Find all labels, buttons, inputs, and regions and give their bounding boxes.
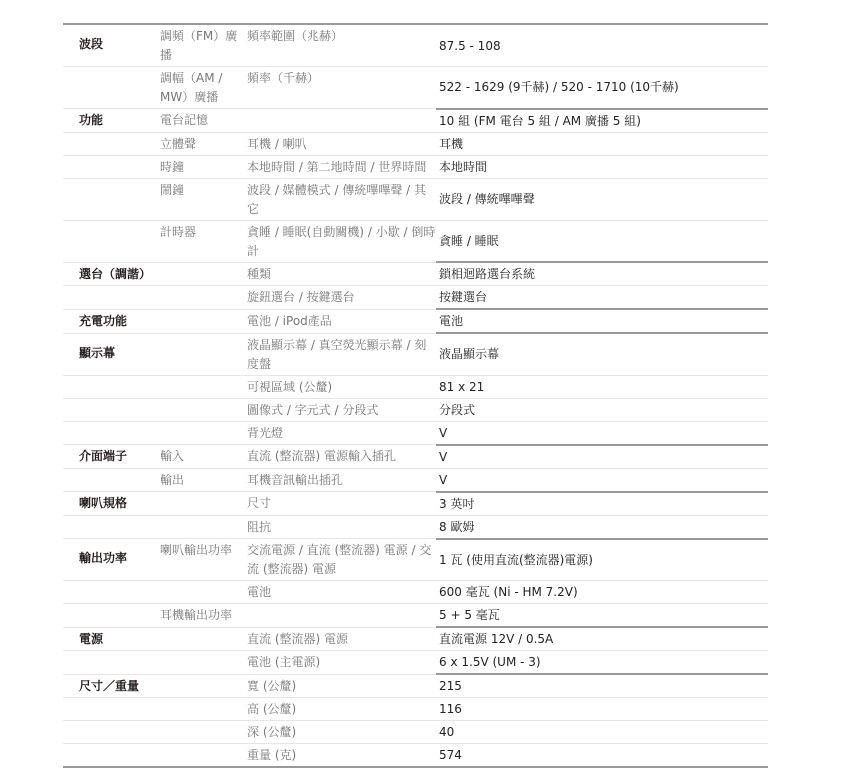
section-label xyxy=(63,651,160,675)
item-label-text: 電池 (主電源) xyxy=(247,655,320,669)
group-label xyxy=(160,721,247,744)
item-label: 圖像式 / 字元式 / 分段式 xyxy=(247,398,436,421)
section-label xyxy=(63,67,160,109)
spec-value: 本地時間 xyxy=(436,155,768,178)
group-label xyxy=(160,286,247,310)
spec-value: 215 xyxy=(436,674,768,698)
section-label: 波段 xyxy=(63,24,160,67)
spec-value: 574 xyxy=(436,744,768,768)
spec-value-text: 574 xyxy=(439,748,462,762)
item-label: 尺寸 xyxy=(247,492,436,516)
group-label: 輸入 xyxy=(160,445,247,469)
spec-value: 按鍵選台 xyxy=(436,286,768,310)
item-label-text: 頻率範圍（兆赫） xyxy=(247,29,343,43)
item-label-text: 重量 (克) xyxy=(247,748,296,762)
group-label xyxy=(160,333,247,375)
group-label: 喇叭輸出功率 xyxy=(160,539,247,581)
spec-table-body: 波段調頻（FM）廣播頻率範圍（兆赫）87.5 - 108調幅（AM / MW）廣… xyxy=(63,24,768,767)
table-row: 可視區域 (公釐)81 x 21 xyxy=(63,375,768,398)
spec-value-text: 按鍵選台 xyxy=(439,290,487,304)
section-label xyxy=(63,721,160,744)
spec-value: V xyxy=(436,468,768,492)
item-label-text: 可視區域 (公釐) xyxy=(247,380,332,394)
item-label: 頻率（千赫） xyxy=(247,67,436,109)
spec-value-text: 波段 / 傳統嗶嗶聲 xyxy=(439,192,535,206)
table-row: 電池600 毫瓦 (Ni - HM 7.2V) xyxy=(63,581,768,604)
section-label-text: 選台（調諧） xyxy=(79,265,151,284)
item-label: 直流 (整流器) 電源輸入插孔 xyxy=(247,445,436,469)
section-label xyxy=(63,286,160,310)
section-label: 介面端子 xyxy=(63,445,160,469)
spec-table: 波段調頻（FM）廣播頻率範圍（兆赫）87.5 - 108調幅（AM / MW）廣… xyxy=(63,23,768,768)
item-label: 耳機音訊輸出插孔 xyxy=(247,468,436,492)
spec-value-text: V xyxy=(439,450,447,464)
spec-value: 87.5 - 108 xyxy=(436,24,768,67)
spec-value: 鎖相迴路選台系統 xyxy=(436,262,768,286)
spec-value-text: 3 英吋 xyxy=(439,497,474,511)
table-row: 調幅（AM / MW）廣播頻率（千赫）522 - 1629 (9千赫) / 52… xyxy=(63,67,768,109)
item-label-text: 貪睡 / 睡眠(自動關機) / 小歇 / 倒時計 xyxy=(247,225,435,258)
item-label-text: 耳機音訊輸出插孔 xyxy=(247,473,343,487)
table-row: 背光燈V xyxy=(63,421,768,445)
group-label-text: 立體聲 xyxy=(160,137,196,151)
group-label: 立體聲 xyxy=(160,132,247,155)
item-label: 寬 (公釐) xyxy=(247,674,436,698)
table-row: 輸出耳機音訊輸出插孔V xyxy=(63,468,768,492)
section-label xyxy=(63,581,160,604)
spec-value-text: V xyxy=(439,473,447,487)
item-label-text: 寬 (公釐) xyxy=(247,679,296,693)
spec-value: 液晶顯示幕 xyxy=(436,333,768,375)
item-label-text: 尺寸 xyxy=(247,496,271,510)
spec-value: 600 毫瓦 (Ni - HM 7.2V) xyxy=(436,581,768,604)
spec-value: V xyxy=(436,445,768,469)
spec-value-text: 6 x 1.5V (UM - 3) xyxy=(439,655,541,669)
spec-value: 貪睡 / 睡眠 xyxy=(436,220,768,262)
section-label xyxy=(63,155,160,178)
table-row: 波段調頻（FM）廣播頻率範圍（兆赫）87.5 - 108 xyxy=(63,24,768,67)
item-label: 交流電源 / 直流 (整流器) 電源 / 交流 (整流器) 電源 xyxy=(247,539,436,581)
group-label xyxy=(160,651,247,675)
table-row: 鬧鐘波段 / 媒體模式 / 傳統嗶嗶聲 / 其它波段 / 傳統嗶嗶聲 xyxy=(63,178,768,220)
section-label: 功能 xyxy=(63,109,160,133)
table-row: 耳機輸出功率5 + 5 毫瓦 xyxy=(63,604,768,628)
spec-value: 耳機 xyxy=(436,132,768,155)
group-label: 輸出 xyxy=(160,468,247,492)
group-label xyxy=(160,421,247,445)
spec-value: 522 - 1629 (9千赫) / 520 - 1710 (10千赫) xyxy=(436,67,768,109)
spec-value: 8 歐姆 xyxy=(436,515,768,539)
table-row: 電池 (主電源)6 x 1.5V (UM - 3) xyxy=(63,651,768,675)
spec-value: 10 組 (FM 電台 5 組 / AM 廣播 5 組) xyxy=(436,109,768,133)
spec-value: 6 x 1.5V (UM - 3) xyxy=(436,651,768,675)
group-label-text: 電台記憶 xyxy=(160,113,208,127)
group-label xyxy=(160,698,247,721)
spec-value-text: 直流電源 12V / 0.5A xyxy=(439,632,553,646)
item-label-text: 種類 xyxy=(247,267,271,281)
group-label xyxy=(160,674,247,698)
item-label xyxy=(247,109,436,133)
item-label: 電池 / iPod產品 xyxy=(247,309,436,333)
table-row: 充電功能電池 / iPod產品電池 xyxy=(63,309,768,333)
section-label: 選台（調諧） xyxy=(63,262,160,286)
spec-value-text: 本地時間 xyxy=(439,160,487,174)
group-label xyxy=(160,627,247,651)
item-label: 頻率範圍（兆赫） xyxy=(247,24,436,67)
item-label-text: 頻率（千赫） xyxy=(247,71,319,85)
spec-value: 直流電源 12V / 0.5A xyxy=(436,627,768,651)
table-row: 阻抗8 歐姆 xyxy=(63,515,768,539)
item-label: 電池 xyxy=(247,581,436,604)
group-label-text: 鬧鐘 xyxy=(160,183,184,197)
spec-value: 116 xyxy=(436,698,768,721)
group-label: 時鐘 xyxy=(160,155,247,178)
spec-value: 分段式 xyxy=(436,398,768,421)
spec-value-text: 215 xyxy=(439,679,462,693)
section-label xyxy=(63,515,160,539)
item-label-text: 交流電源 / 直流 (整流器) 電源 / 交流 (整流器) 電源 xyxy=(247,543,431,576)
section-label: 輸出功率 xyxy=(63,539,160,581)
spec-value-text: V xyxy=(439,426,447,440)
group-label: 計時器 xyxy=(160,220,247,262)
section-label: 充電功能 xyxy=(63,309,160,333)
spec-value-text: 鎖相迴路選台系統 xyxy=(439,267,535,281)
table-row: 功能電台記憶10 組 (FM 電台 5 組 / AM 廣播 5 組) xyxy=(63,109,768,133)
section-label-text: 喇叭規格 xyxy=(79,494,127,513)
spec-value-text: 40 xyxy=(439,725,454,739)
section-label xyxy=(63,698,160,721)
section-label xyxy=(63,178,160,220)
spec-value-text: 電池 xyxy=(439,314,463,328)
table-row: 深 (公釐)40 xyxy=(63,721,768,744)
spec-value-text: 10 組 (FM 電台 5 組 / AM 廣播 5 組) xyxy=(439,114,641,128)
spec-value-text: 1 瓦 (使用直流(整流器)電源) xyxy=(439,553,593,567)
spec-value-text: 貪睡 / 睡眠 xyxy=(439,234,499,248)
item-label: 重量 (克) xyxy=(247,744,436,768)
item-label-text: 深 (公釐) xyxy=(247,725,296,739)
group-label-text: 輸入 xyxy=(160,449,184,463)
item-label-text: 耳機 / 喇叭 xyxy=(247,137,307,151)
group-label-text: 時鐘 xyxy=(160,160,184,174)
section-label: 尺寸／重量 xyxy=(63,674,160,698)
group-label xyxy=(160,309,247,333)
section-label-text: 輸出功率 xyxy=(79,549,127,568)
group-label-text: 輸出 xyxy=(160,473,184,487)
group-label xyxy=(160,515,247,539)
spec-value: 3 英吋 xyxy=(436,492,768,516)
item-label: 貪睡 / 睡眠(自動關機) / 小歇 / 倒時計 xyxy=(247,220,436,262)
section-label-text: 充電功能 xyxy=(79,312,127,331)
item-label-text: 液晶顯示幕 / 真空熒光顯示幕 / 刻度盤 xyxy=(247,338,426,371)
section-label xyxy=(63,398,160,421)
spec-value: 40 xyxy=(436,721,768,744)
section-label: 電源 xyxy=(63,627,160,651)
item-label-text: 直流 (整流器) 電源 xyxy=(247,632,348,646)
spec-value: V xyxy=(436,421,768,445)
group-label: 鬧鐘 xyxy=(160,178,247,220)
item-label-text: 本地時間 / 第二地時間 / 世界時間 xyxy=(247,160,426,174)
item-label-text: 背光燈 xyxy=(247,426,283,440)
group-label xyxy=(160,398,247,421)
section-label-text: 顯示幕 xyxy=(79,344,115,363)
section-label xyxy=(63,132,160,155)
table-row: 圖像式 / 字元式 / 分段式分段式 xyxy=(63,398,768,421)
item-label: 液晶顯示幕 / 真空熒光顯示幕 / 刻度盤 xyxy=(247,333,436,375)
spec-value: 1 瓦 (使用直流(整流器)電源) xyxy=(436,539,768,581)
item-label: 可視區域 (公釐) xyxy=(247,375,436,398)
section-label xyxy=(63,375,160,398)
table-row: 立體聲耳機 / 喇叭耳機 xyxy=(63,132,768,155)
spec-value-text: 522 - 1629 (9千赫) / 520 - 1710 (10千赫) xyxy=(439,80,679,94)
table-row: 尺寸／重量寬 (公釐)215 xyxy=(63,674,768,698)
section-label-text: 波段 xyxy=(79,35,103,54)
item-label: 阻抗 xyxy=(247,515,436,539)
group-label xyxy=(160,492,247,516)
item-label: 本地時間 / 第二地時間 / 世界時間 xyxy=(247,155,436,178)
spec-value: 81 x 21 xyxy=(436,375,768,398)
group-label-text: 計時器 xyxy=(160,225,196,239)
spec-value-text: 耳機 xyxy=(439,137,463,151)
item-label-text: 旋鈕選台 / 按鍵選台 xyxy=(247,290,355,304)
section-label-text: 介面端子 xyxy=(79,447,127,466)
section-label-text: 電源 xyxy=(79,630,103,649)
section-label xyxy=(63,604,160,628)
spec-value-text: 液晶顯示幕 xyxy=(439,347,499,361)
group-label xyxy=(160,262,247,286)
spec-value-text: 5 + 5 毫瓦 xyxy=(439,608,500,622)
item-label-text: 阻抗 xyxy=(247,520,271,534)
spec-value-text: 600 毫瓦 (Ni - HM 7.2V) xyxy=(439,585,578,599)
group-label: 電台記憶 xyxy=(160,109,247,133)
group-label xyxy=(160,581,247,604)
item-label: 深 (公釐) xyxy=(247,721,436,744)
item-label: 電池 (主電源) xyxy=(247,651,436,675)
table-row: 顯示幕液晶顯示幕 / 真空熒光顯示幕 / 刻度盤液晶顯示幕 xyxy=(63,333,768,375)
spec-value-text: 8 歐姆 xyxy=(439,520,474,534)
group-label-text: 喇叭輸出功率 xyxy=(160,543,232,557)
section-label: 顯示幕 xyxy=(63,333,160,375)
group-label: 調頻（FM）廣播 xyxy=(160,24,247,67)
spec-value-text: 分段式 xyxy=(439,403,475,417)
table-row: 高 (公釐)116 xyxy=(63,698,768,721)
table-row: 喇叭規格尺寸3 英吋 xyxy=(63,492,768,516)
group-label-text: 耳機輸出功率 xyxy=(160,608,232,622)
table-row: 電源直流 (整流器) 電源直流電源 12V / 0.5A xyxy=(63,627,768,651)
table-row: 時鐘本地時間 / 第二地時間 / 世界時間本地時間 xyxy=(63,155,768,178)
item-label: 直流 (整流器) 電源 xyxy=(247,627,436,651)
item-label: 背光燈 xyxy=(247,421,436,445)
spec-value-text: 87.5 - 108 xyxy=(439,39,501,53)
item-label: 耳機 / 喇叭 xyxy=(247,132,436,155)
table-row: 計時器貪睡 / 睡眠(自動關機) / 小歇 / 倒時計貪睡 / 睡眠 xyxy=(63,220,768,262)
item-label: 波段 / 媒體模式 / 傳統嗶嗶聲 / 其它 xyxy=(247,178,436,220)
section-label-text: 功能 xyxy=(79,111,103,130)
item-label xyxy=(247,604,436,628)
item-label-text: 電池 xyxy=(247,585,271,599)
group-label: 調幅（AM / MW）廣播 xyxy=(160,67,247,109)
section-label xyxy=(63,468,160,492)
table-row: 重量 (克)574 xyxy=(63,744,768,768)
group-label-text: 調頻（FM）廣播 xyxy=(160,29,237,62)
item-label-text: 圖像式 / 字元式 / 分段式 xyxy=(247,403,378,417)
spec-value-text: 81 x 21 xyxy=(439,380,484,394)
spec-value: 波段 / 傳統嗶嗶聲 xyxy=(436,178,768,220)
table-row: 介面端子輸入直流 (整流器) 電源輸入插孔V xyxy=(63,445,768,469)
table-row: 輸出功率喇叭輸出功率交流電源 / 直流 (整流器) 電源 / 交流 (整流器) … xyxy=(63,539,768,581)
spec-value: 5 + 5 毫瓦 xyxy=(436,604,768,628)
item-label-text: 電池 / iPod產品 xyxy=(247,314,332,328)
group-label xyxy=(160,375,247,398)
item-label-text: 直流 (整流器) 電源輸入插孔 xyxy=(247,449,396,463)
group-label: 耳機輸出功率 xyxy=(160,604,247,628)
item-label: 種類 xyxy=(247,262,436,286)
item-label: 高 (公釐) xyxy=(247,698,436,721)
item-label-text: 高 (公釐) xyxy=(247,702,296,716)
item-label: 旋鈕選台 / 按鍵選台 xyxy=(247,286,436,310)
spec-value-text: 116 xyxy=(439,702,462,716)
section-label xyxy=(63,744,160,768)
section-label xyxy=(63,220,160,262)
group-label-text: 調幅（AM / MW）廣播 xyxy=(160,71,222,104)
table-row: 選台（調諧）種類鎖相迴路選台系統 xyxy=(63,262,768,286)
section-label: 喇叭規格 xyxy=(63,492,160,516)
table-row: 旋鈕選台 / 按鍵選台按鍵選台 xyxy=(63,286,768,310)
spec-value: 電池 xyxy=(436,309,768,333)
group-label xyxy=(160,744,247,768)
item-label-text: 波段 / 媒體模式 / 傳統嗶嗶聲 / 其它 xyxy=(247,183,426,216)
section-label xyxy=(63,421,160,445)
section-label-text: 尺寸／重量 xyxy=(79,677,139,696)
